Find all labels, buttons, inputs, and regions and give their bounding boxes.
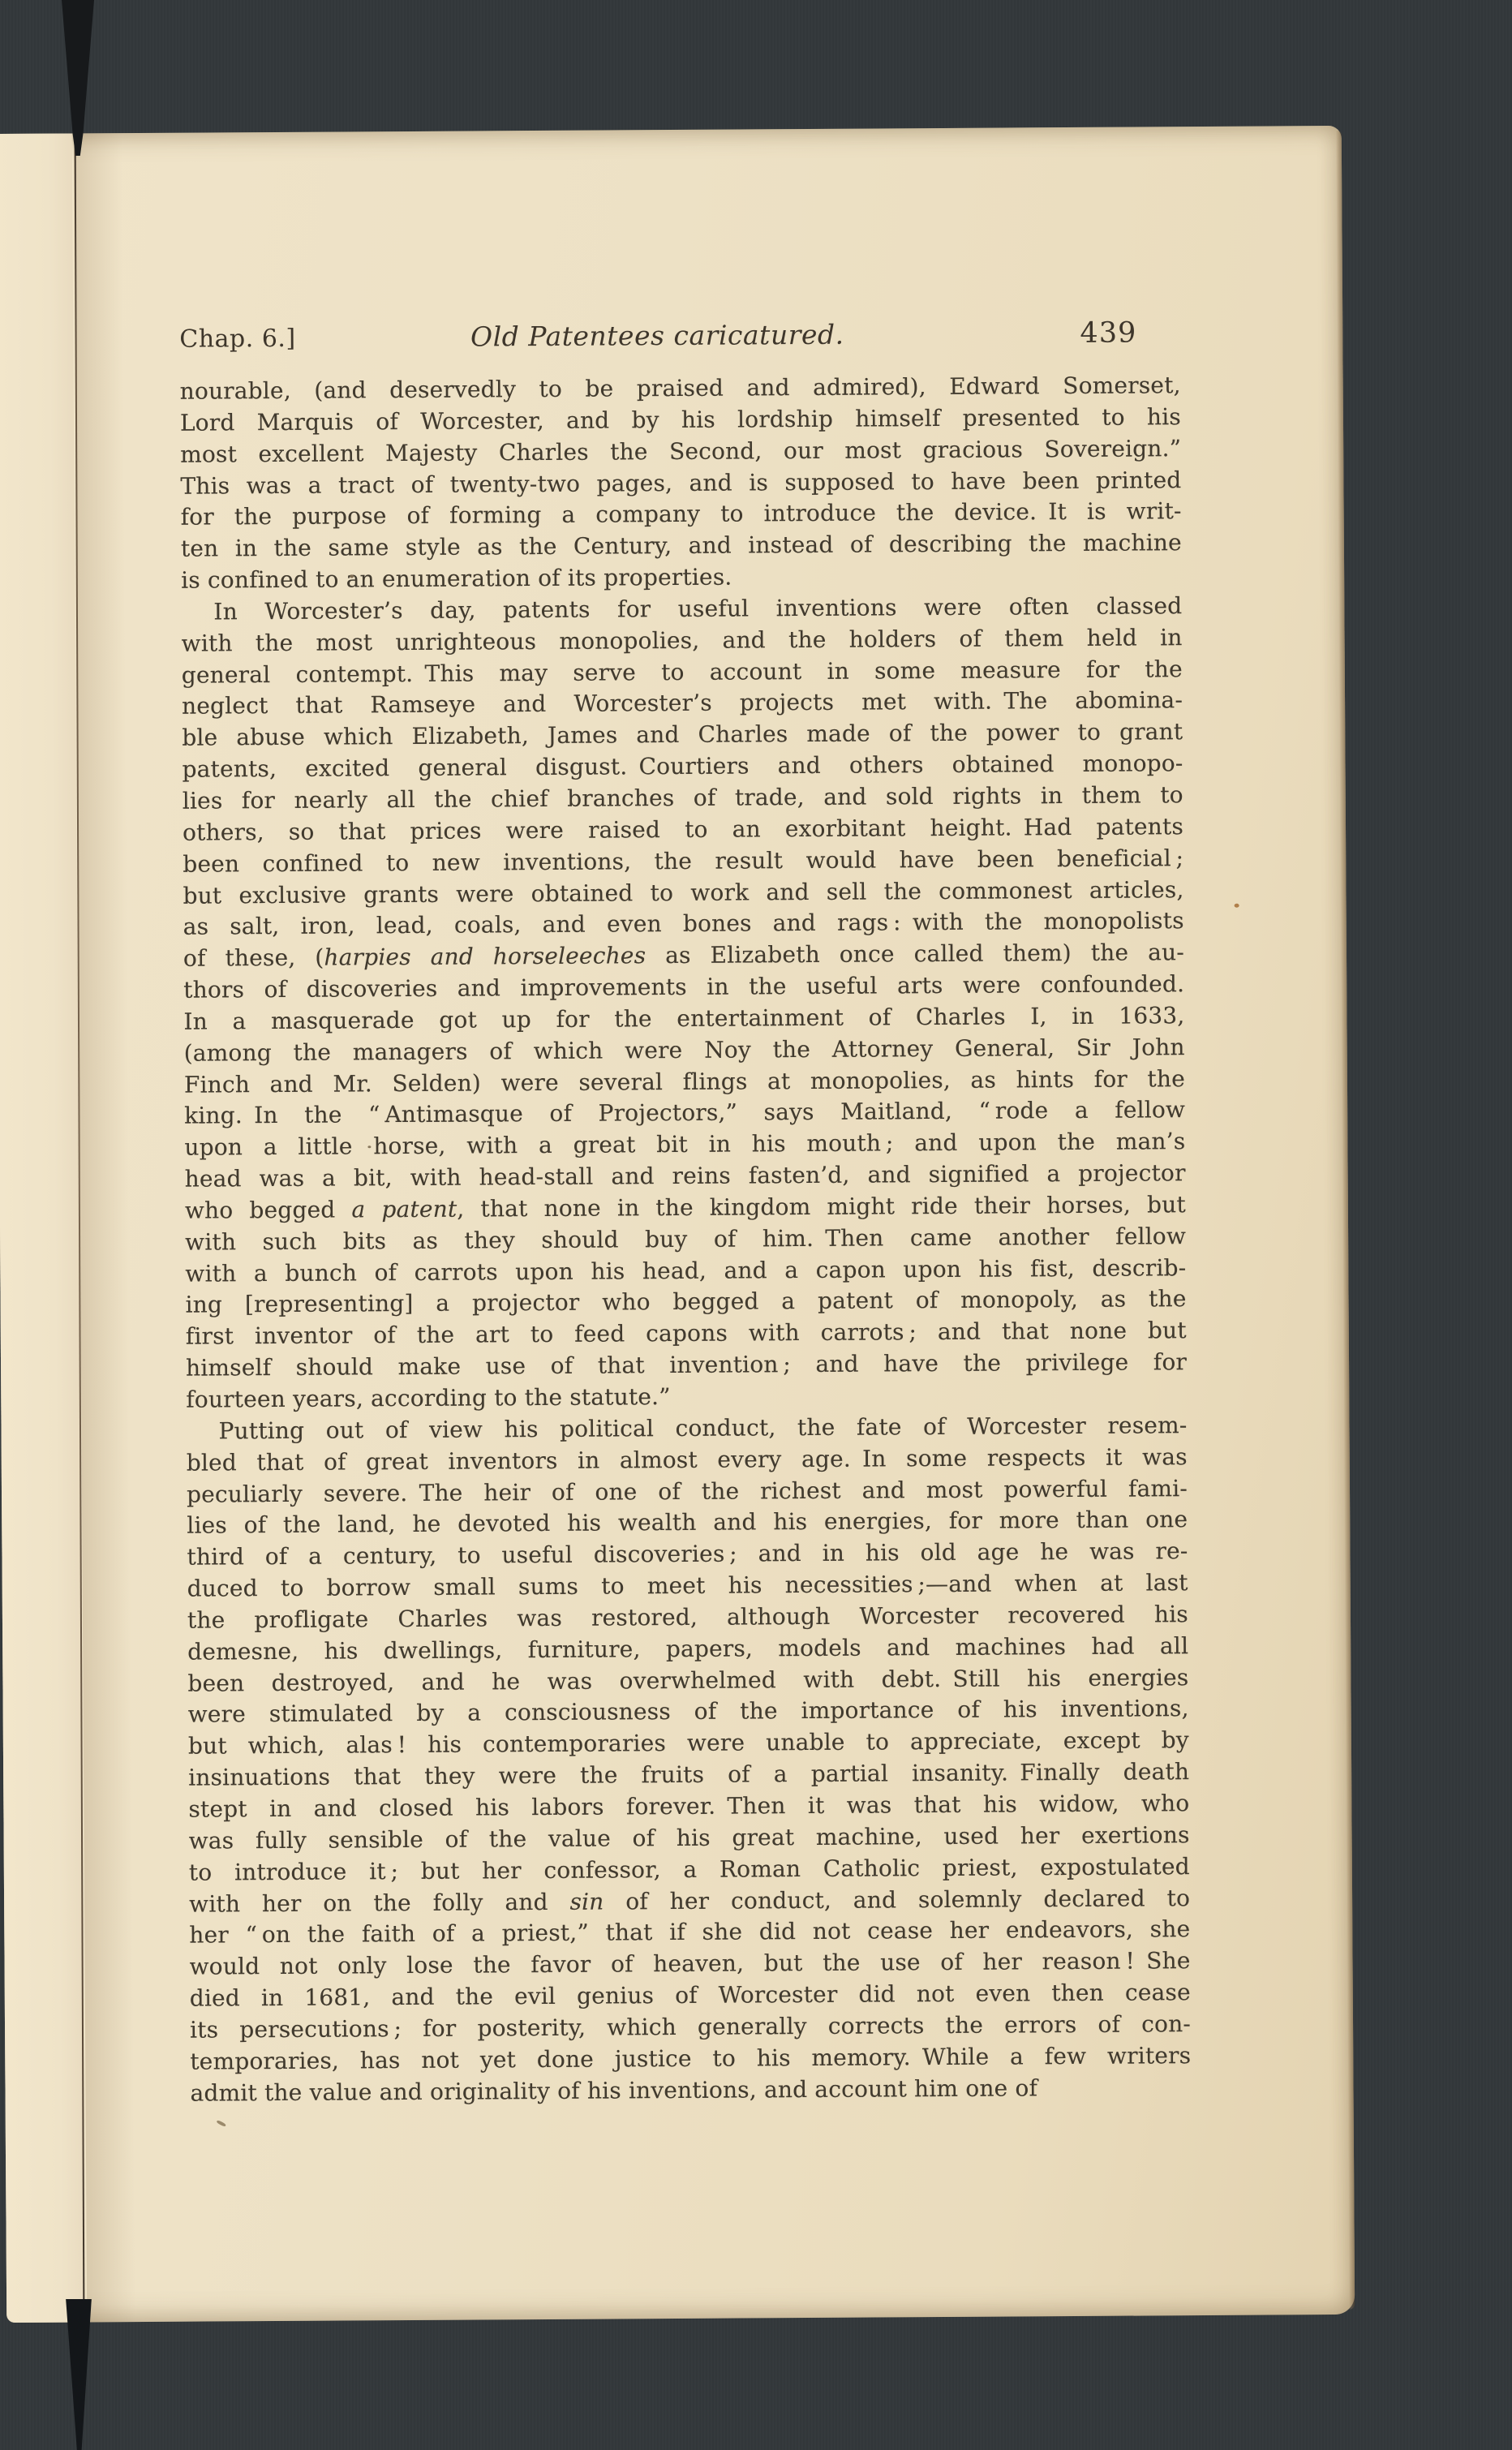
scanned-book-photo: Chap. 6.] Old Patentees caricatured. 439…	[0, 0, 1512, 2450]
paper-speck	[350, 574, 354, 578]
text-line: temporaries, has not yet done justice to…	[190, 2040, 1191, 2078]
book-page: Chap. 6.] Old Patentees caricatured. 439…	[0, 126, 1355, 2323]
paper-speck	[217, 2120, 226, 2127]
spine-wedge-top	[62, 0, 94, 156]
spine-wedge-bottom	[64, 2299, 93, 2450]
gutter-margin	[0, 134, 85, 2323]
page-header: Chap. 6.] Old Patentees caricatured. 439	[179, 310, 1180, 357]
page-fore-edge	[1336, 131, 1355, 2310]
text-line: ten in the same style as the Century, an…	[181, 527, 1182, 565]
text-line: himself should make use of that inventio…	[186, 1347, 1187, 1384]
text-line: most excellent Majesty Charles the Secon…	[180, 433, 1181, 471]
text-line: to introduce it ; but her confessor, a R…	[189, 1851, 1190, 1889]
running-title: Old Patentees caricatured.	[470, 319, 844, 353]
body-text: nourable, (and deservedly to be praised …	[180, 370, 1192, 2109]
text-line: admit the value and originality of his i…	[190, 2072, 1191, 2109]
paper-speck	[1235, 904, 1239, 908]
chapter-label: Chap. 6.]	[179, 325, 295, 354]
page-number: 439	[1080, 316, 1136, 349]
text-line: been confined to new inventions, the res…	[183, 843, 1183, 880]
paper-speck	[367, 1145, 371, 1148]
